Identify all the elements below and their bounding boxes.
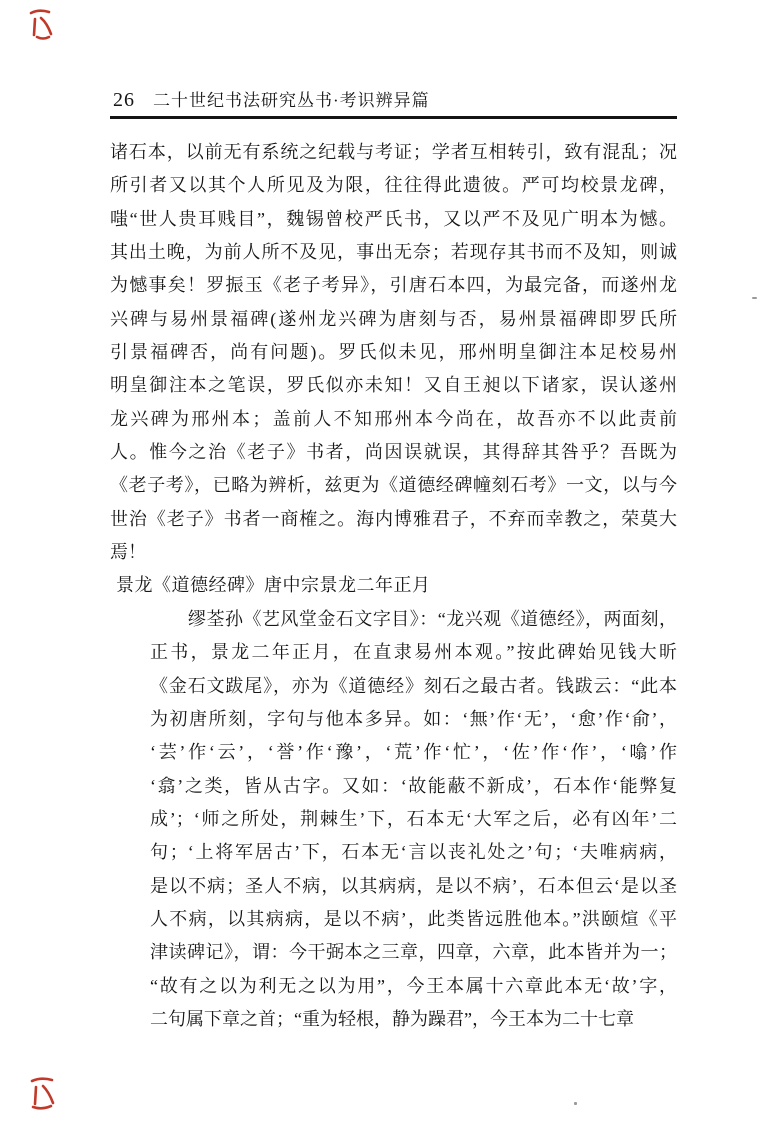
text-line: 引景福碑否，尚有问题)。罗氏似未见，邢州明皇御注本足校易州 [110,336,677,369]
body-text: 诸石本，以前无有系统之纪载与考证；学者互相转引，致有混乱；况所引者又以其个人所见… [110,136,677,1036]
red-ink-mark-icon [27,1073,57,1116]
text-line: 人。惟今之治《老子》书者，尚因误就误，其得辞其咎乎？吾既为 [110,436,677,469]
text-line: 为初唐所刻，字句与他本多异。如：‘無’作‘无’，‘愈’作‘俞’， [110,703,677,736]
text-line: 所引者又以其个人所见及为限，往往得此遗彼。严可均校景龙碑， [110,169,677,202]
page-number: 26 [113,89,135,112]
scan-speck [574,1102,577,1105]
text-line: 《金石文跋尾》，亦为《道德经》刻石之最古者。钱跋云：“此本 [110,670,677,703]
text-line: 明皇御注本之笔误，罗氏似亦未知！又自王昶以下诸家，误认遂州 [110,369,677,402]
text-line: 二句属下章之首；“重为轻根，静为躁君”，今王本为二十七章 [110,1003,677,1036]
text-line: ‘翕’之类，皆从古字。又如：‘故能蔽不新成’，石本作‘能弊复 [110,770,677,803]
text-line: 《老子考》，已略为辨析，兹更为《道德经碑幢刻石考》一文，以与今 [110,469,677,502]
red-ink-mark-icon [27,7,55,48]
text-line: 正书，景龙二年正月，在直隶易州本观。”按此碑始见钱大昕 [110,636,677,669]
text-line: 缪荃孙《艺风堂金石文字目》：“龙兴观《道德经》，两面刻， [110,603,677,636]
text-line: 句；‘上将军居古’下，石本无‘言以丧礼处之’句；‘夫唯病病， [110,836,677,869]
text-line: 世治《老子》书者一商榷之。海内博雅君子，不弃而幸教之，荣莫大 [110,503,677,536]
text-line: 龙兴碑为邢州本；盖前人不知邢州本今尚在，故吾亦不以此责前 [110,403,677,436]
text-line: 兴碑与易州景福碑(遂州龙兴碑为唐刻与否，易州景福碑即罗氏所 [110,303,677,336]
text-line: 人不病，以其病病，是以不病’，此类皆远胜他本。”洪颐煊《平 [110,903,677,936]
scan-speck [752,297,757,299]
text-line: 其出土晚，为前人所不及见，事出无奈；若现存其书而不及知，则诚 [110,236,677,269]
text-line: 津读碑记》，谓：今干弼本之三章，四章，六章，此本皆并为一； [110,936,677,969]
text-line: 嗤“世人贵耳贱目”，魏锡曾校严氏书，又以严不及见广明本为憾。 [110,203,677,236]
text-line: “故有之以为利无之以为用”，今王本属十六章此本无‘故’字， [110,970,677,1003]
header-rule [110,116,677,119]
text-line: 诸石本，以前无有系统之纪载与考证；学者互相转引，致有混乱；况 [110,136,677,169]
running-title: 二十世纪书法研究丛书·考识辨异篇 [153,86,430,111]
text-line: 成’；‘师之所处，荆棘生’下，石本无‘大军之后，必有凶年’二 [110,803,677,836]
text-line: ‘芸’作‘云’，‘誉’作‘豫’，‘荒’作‘忙’，‘佐’作‘作’，‘噏’作 [110,736,677,769]
page-header: 26 二十世纪书法研究丛书·考识辨异篇 [113,86,677,112]
scanned-book-page: 26 二十世纪书法研究丛书·考识辨异篇 诸石本，以前无有系统之纪载与考证；学者互… [0,0,763,1122]
text-line: 为憾事矣！罗振玉《老子考异》，引唐石本四，为最完备，而遂州龙 [110,269,677,302]
text-line: 焉！ [110,536,677,569]
section-heading: 景龙《道德经碑》唐中宗景龙二年正月 [110,569,677,602]
text-line: 是以不病；圣人不病，以其病病，是以不病’，石本但云‘是以圣 [110,870,677,903]
